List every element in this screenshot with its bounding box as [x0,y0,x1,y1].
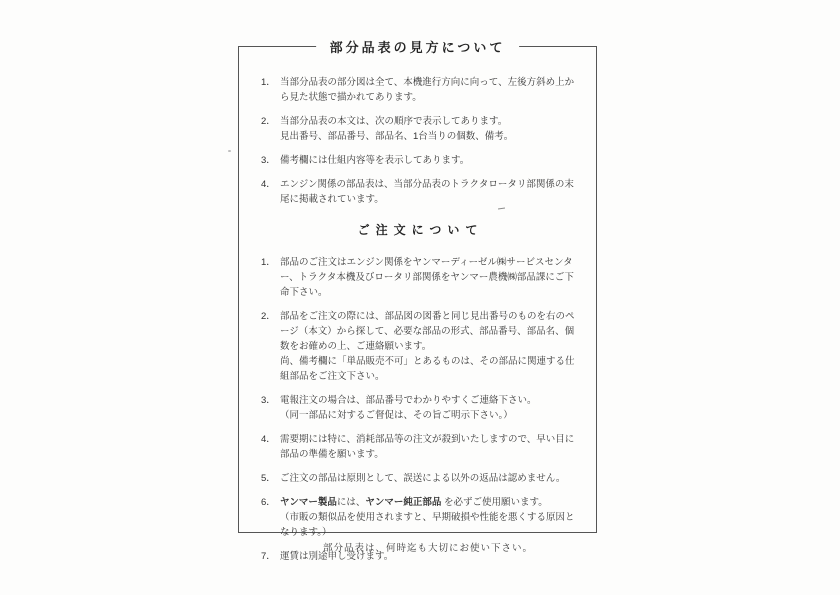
list-item: 2． 当部分品表の本文は、次の順序で表示してあります。 見出番号、部品番号、部品… [261,114,580,144]
item-text: 需要期には特に、消耗部品等の注文が殺到いたしますので、早い目に部品の準備を願いま… [280,432,580,462]
item-text: 電報注文の場合は、部品番号でわかりやすくご連絡下さい。 （同一部品に対するご督促… [280,393,580,423]
item-number: 2． [261,114,280,144]
item-text: 当部分品表の部分図は全て、本機進行方向に向って、左後方斜め上から見た状態で描かれ… [280,75,580,105]
list-item: 1． 当部分品表の部分図は全て、本機進行方向に向って、左後方斜め上から見た状態で… [261,75,580,105]
item-number: 6． [261,495,280,540]
item-text: 部品のご注文はエンジン関係をヤンマーディーゼル㈱サービスセンター、トラクタ本機及… [280,255,580,300]
list-item: 1． 部品のご注文はエンジン関係をヤンマーディーゼル㈱サービスセンター、トラクタ… [261,255,580,300]
scan-artifact-speck [228,150,231,152]
footer-note: 部分品表は、何時迄も大切にお使い下さい。 [323,540,533,554]
item-number: 2． [261,309,280,384]
item-number: 1． [261,75,280,105]
list-item: 2． 部品をご注文の際には、部品図の図番と同じ見出番号のものを右のページ（本文）… [261,309,580,384]
list-item: 3． 備考欄には仕組内容等を表示してあります。 [261,153,580,168]
genuine-parts-bold: ヤンマー純正部品 [365,497,441,508]
scanned-document-page: 部分品表の見方について 1． 当部分品表の部分図は全て、本機進行方向に向って、左… [0,0,840,595]
brand-product-bold: ヤンマー製品 [280,497,337,508]
order-section-heading: ご注文について [261,221,580,238]
list-item: 6． ヤンマー製品には、ヤンマー純正部品 を必ずご使用願います。（市販の類似品を… [261,495,580,540]
item-number: 5． [261,471,280,486]
list-item: 4． 需要期には特に、消耗部品等の注文が殺到いたしますので、早い目に部品の準備を… [261,432,580,462]
item-number: 1． [261,255,280,300]
item-number: 3． [261,393,280,423]
box-title: 部分品表の見方について [316,37,520,56]
item-number: 7． [261,549,280,564]
list-item: 4． エンジン関係の部品表は、当部分品表のトラクタロータリ部関係の末尾に掲載され… [261,177,580,207]
item-text: エンジン関係の部品表は、当部分品表のトラクタロータリ部関係の末尾に掲載されていま… [280,177,580,207]
item-text: ご注文の部品は原則として、誤送による以外の返品は認めません。 [280,471,580,486]
list-item: 5． ご注文の部品は原則として、誤送による以外の返品は認めません。 [261,471,580,486]
order-section: 1． 部品のご注文はエンジン関係をヤンマーディーゼル㈱サービスセンター、トラクタ… [261,255,580,564]
item-text: 当部分品表の本文は、次の順序で表示してあります。 見出番号、部品番号、部品名、1… [280,114,580,144]
item-number: 3． [261,153,280,168]
item-text-segment: を必ずご使用願います。 [441,497,547,508]
item-number: 4． [261,432,280,462]
item-text-segment: には、 [337,497,366,508]
item-note: （市販の類似品を使用されますと、早期破損や性能を悪くする原因となります。） [280,512,575,538]
reading-section: 1． 当部分品表の部分図は全て、本機進行方向に向って、左後方斜め上から見た状態で… [239,47,596,564]
list-item: 3． 電報注文の場合は、部品番号でわかりやすくご連絡下さい。 （同一部品に対する… [261,393,580,423]
item-text: 備考欄には仕組内容等を表示してあります。 [280,153,580,168]
instructions-box: 部分品表の見方について 1． 当部分品表の部分図は全て、本機進行方向に向って、左… [238,46,597,533]
item-text: ヤンマー製品には、ヤンマー純正部品 を必ずご使用願います。（市販の類似品を使用さ… [280,495,580,540]
item-number: 4． [261,177,280,207]
item-text: 部品をご注文の際には、部品図の図番と同じ見出番号のものを右のページ（本文）から探… [280,309,580,384]
